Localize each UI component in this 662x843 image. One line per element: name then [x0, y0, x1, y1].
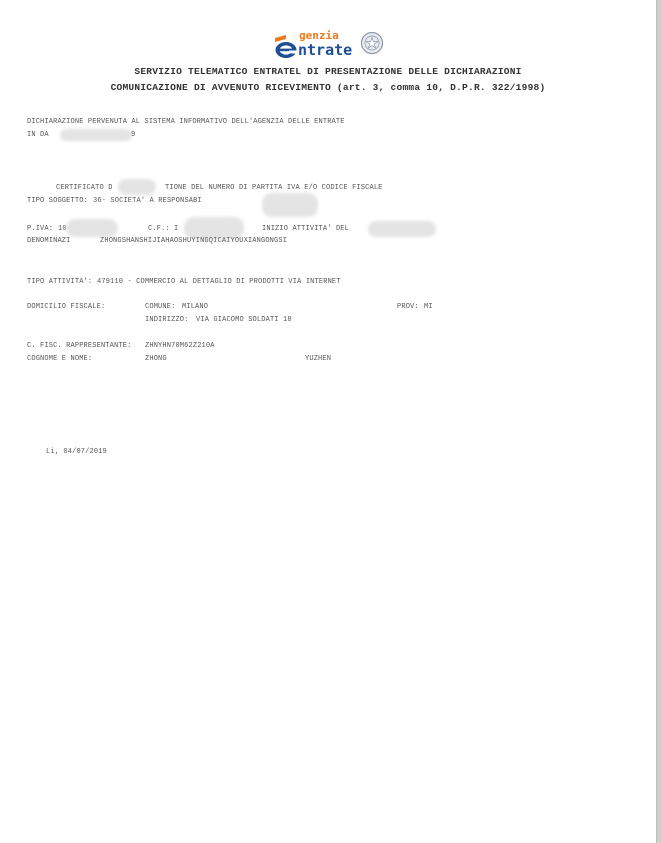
document-title: SERVIZIO TELEMATICO ENTRATEL DI PRESENTA… — [0, 66, 656, 77]
domicilio-label: DOMICILIO FISCALE: — [27, 303, 105, 311]
certificate-suffix: TIONE DEL NUMERO DI PARTITA IVA E/O CODI… — [165, 184, 383, 192]
certificate-prefix: CERTIFICATO D — [56, 184, 113, 192]
cf-rappresentante-label: C. FISC. RAPPRESENTANTE: — [27, 342, 131, 350]
vertical-scrollbar[interactable] — [656, 0, 662, 843]
received-statement: DICHIARAZIONE PERVENUTA AL SISTEMA INFOR… — [27, 118, 345, 126]
tipo-soggetto-value: 36- SOCIETA' A RESPONSABI — [93, 197, 202, 205]
cf-value: I — [174, 225, 178, 233]
comune-value: MILANO — [182, 303, 208, 311]
tipo-soggetto-label: TIPO SOGGETTO: — [27, 197, 88, 205]
indirizzo-value: VIA GIACOMO SOLDATI 18 — [196, 316, 292, 324]
inizio-attivita-label: INIZIO ATTIVITA' DEL — [262, 225, 349, 233]
indirizzo-label: INDIRIZZO: — [145, 316, 189, 324]
italian-republic-emblem-icon — [360, 30, 384, 56]
cf-rappresentante-value: ZHNYHN70M62Z210A — [145, 342, 215, 350]
prov-value: MI — [424, 303, 433, 311]
e-logo-icon — [274, 35, 298, 59]
document-page: genzia ntrate SERVIZIO TELEMATICO ENTRAT… — [0, 0, 656, 843]
comune-label: COMUNE: — [145, 303, 175, 311]
agenzia-entrate-logo: genzia ntrate — [272, 27, 392, 61]
cognome-nome-label: COGNOME E NOME: — [27, 355, 92, 363]
received-date-suffix: 9 — [131, 131, 135, 139]
redacted-piva — [66, 219, 118, 237]
prov-label: PROV: — [397, 303, 419, 311]
received-date-prefix: IN DA — [27, 131, 49, 139]
redacted-inizio-attivita — [368, 221, 436, 237]
cf-label: C.F.: — [148, 225, 170, 233]
denominazione-label: DENOMINAZI — [27, 237, 71, 245]
document-subtitle: COMUNICAZIONE DI AVVENUTO RICEVIMENTO (a… — [0, 82, 656, 93]
tipo-attivita-value: 479110 - COMMERCIO AL DETTAGLIO DI PRODO… — [97, 278, 341, 286]
redacted-cf — [184, 217, 244, 239]
logo-text-ntrate: ntrate — [298, 41, 352, 59]
nome-value: YUZHEN — [305, 355, 331, 363]
place-date: Li, 04/07/2019 — [46, 448, 107, 456]
tipo-attivita-label: TIPO ATTIVITA': — [27, 278, 92, 286]
redacted-date — [60, 129, 132, 141]
cognome-value: ZHONG — [145, 355, 167, 363]
denominazione-value: ZHONGSHANSHIJIAHAOSHUYINGQICAIYOUXIANGON… — [100, 237, 287, 245]
redacted-certificate-word — [118, 179, 156, 195]
redacted-tipo-soggetto — [262, 193, 318, 217]
piva-label: P.IVA: — [27, 225, 53, 233]
